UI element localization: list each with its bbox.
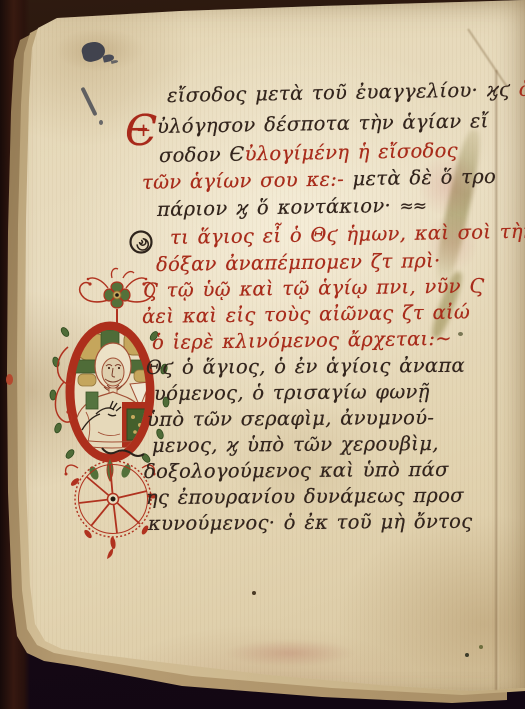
speck: [479, 645, 483, 649]
historiated-initial-omicron-illumination: [38, 262, 198, 562]
decorated-initial-epsilon: Є +: [125, 110, 157, 152]
red-pigment-speck: [6, 374, 13, 385]
initial-cross-mark: +: [136, 122, 151, 140]
floral-rosette-finial-icon: [80, 268, 155, 325]
spiral-initial-omicron-icon: [128, 229, 154, 259]
speck: [252, 591, 256, 595]
fan-wheel-ornament-icon: [65, 458, 158, 559]
speck: [465, 653, 469, 657]
wheel-pendants: [70, 477, 158, 559]
speck: [458, 332, 463, 336]
page-fold-line: [494, 70, 499, 690]
ink-blot-dot: [99, 120, 103, 125]
manuscript-photo: Є + εἴσοδος μετὰ τοῦ ἐυαγγελίου· ϗϛ ὁ δ᾽…: [0, 0, 525, 709]
robe-green-panel: [86, 392, 98, 409]
